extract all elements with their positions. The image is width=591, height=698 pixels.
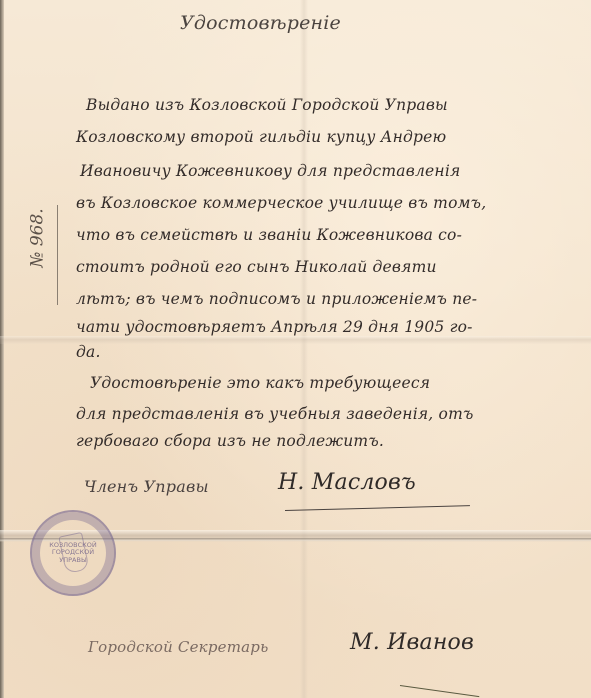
body-line-8: чати удостовѣряетъ Апрѣля 29 дня 1905 го… [76,318,473,336]
secretary-signature: М. Иванов [350,630,474,655]
body-line-3: Ивановичу Кожевникову для представленія [80,162,460,180]
official-stamp: КОЗЛОВСКОЙ ГОРОДСКОЙ УПРАВЫ [30,510,116,596]
body-line-6: стоитъ родной его сынъ Николай девяти [76,258,437,276]
body-line-5: что въ семействѣ и званіи Кожевникова со… [76,226,462,244]
body-line-7: лѣтъ; въ чемъ подписомъ и приложеніемъ п… [76,290,477,308]
note-line-1: Удостовѣреніе это какъ требующееся [90,374,430,392]
body-line-2: Козловскому второй гильдіи купцу Андрею [76,128,446,146]
document-title: Удостовѣреніе [180,12,341,34]
body-line-9: да. [76,343,101,361]
note-line-3: гербоваго сбора изъ не подлежитъ. [76,432,384,450]
margin-rule [57,205,58,305]
paper-left-edge [0,0,4,698]
member-label: Членъ Управы [84,477,209,496]
body-line-4: въ Козловское коммерческое училище въ то… [76,194,486,212]
note-line-2: для представленія въ учебныя заведенія, … [76,405,474,423]
stamp-text: КОЗЛОВСКОЙ ГОРОДСКОЙ УПРАВЫ [32,512,114,594]
member-signature: Н. Масловъ [278,470,416,495]
secretary-label: Городской Секретарь [88,638,268,656]
registration-number: № 968. [28,208,48,267]
body-line-1: Выдано изъ Козловской Городской Управы [86,96,448,114]
